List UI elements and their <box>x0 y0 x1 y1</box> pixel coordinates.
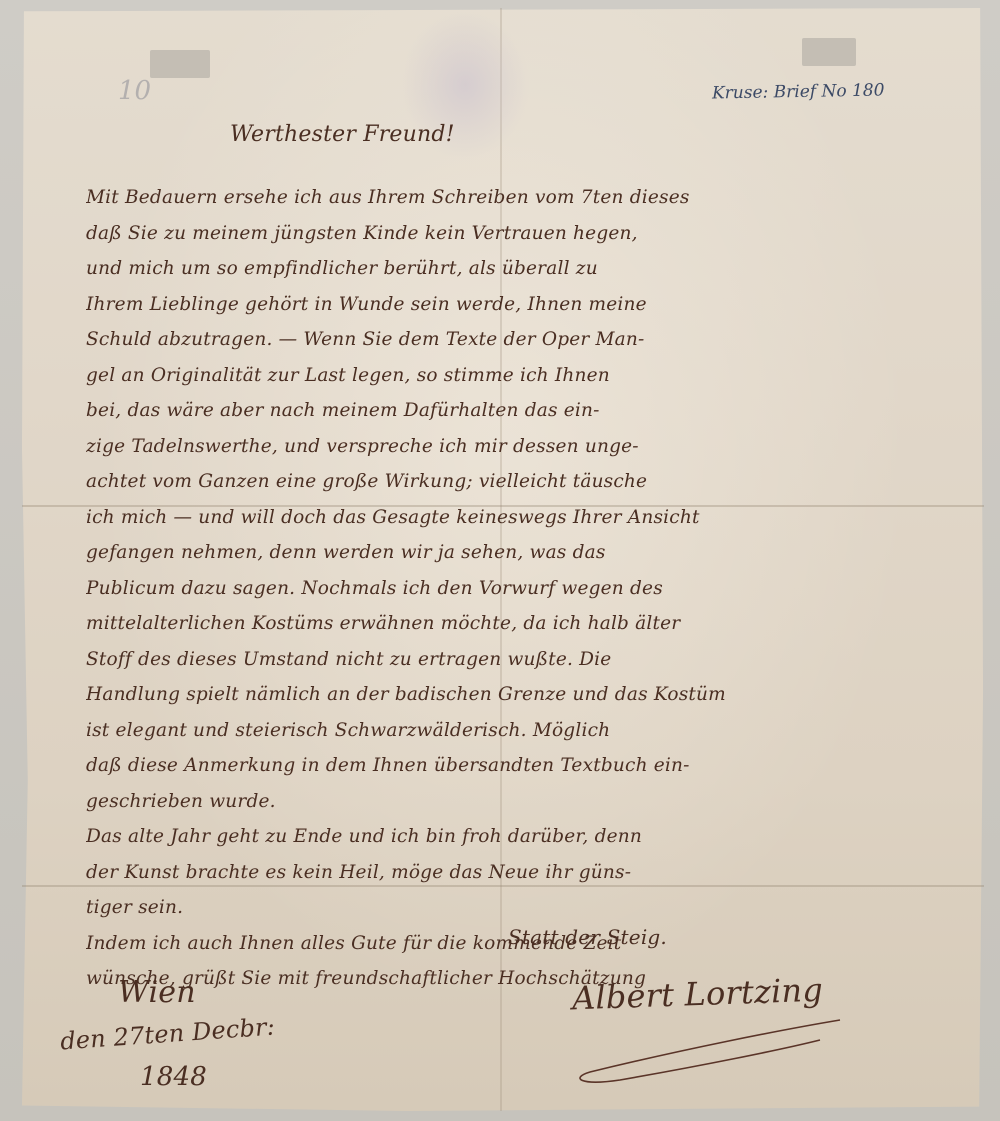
body-line: mittelalterlichen Kostüms erwähnen möcht… <box>86 606 966 642</box>
salutation: Werthester Freund! <box>230 122 455 147</box>
signature-flourish <box>560 1010 850 1090</box>
body-line: Ihrem Lieblinge gehört in Wunde sein wer… <box>86 287 966 323</box>
body-line: ist elegant und steierisch Schwarzwälder… <box>86 713 966 749</box>
body-line: Mit Bedauern ersehe ich aus Ihrem Schrei… <box>86 180 966 216</box>
body-line: und mich um so empfindlicher berührt, al… <box>86 251 966 287</box>
body-line: zige Tadelnswerthe, und verspreche ich m… <box>86 429 966 465</box>
body-line: Das alte Jahr geht zu Ende und ich bin f… <box>86 819 966 855</box>
pencil-number: 10 <box>118 76 151 106</box>
body-line: gefangen nehmen, denn werden wir ja sehe… <box>86 535 966 571</box>
body-line: daß diese Anmerkung in dem Ihnen übersan… <box>86 748 966 784</box>
body-line: der Kunst brachte es kein Heil, möge das… <box>86 855 966 891</box>
letter-body: Mit Bedauern ersehe ich aus Ihrem Schrei… <box>86 180 966 997</box>
body-line: bei, das wäre aber nach meinem Dafürhalt… <box>86 393 966 429</box>
year: 1848 <box>140 1062 207 1092</box>
archive-note: Kruse: Brief No 180 <box>712 80 885 103</box>
body-line: achtet vom Ganzen eine große Wirkung; vi… <box>86 464 966 500</box>
body-line: wünsche, grüßt Sie mit freundschaftliche… <box>86 961 966 997</box>
body-line: daß Sie zu meinem jüngsten Kinde kein Ve… <box>86 216 966 252</box>
body-line: ich mich — und will doch das Gesagte kei… <box>86 500 966 536</box>
body-line: geschrieben wurde. <box>86 784 966 820</box>
body-line: Schuld abzutragen. — Wenn Sie dem Texte … <box>86 322 966 358</box>
body-line: gel an Originalität zur Last legen, so s… <box>86 358 966 394</box>
body-line: Stoff des dieses Umstand nicht zu ertrag… <box>86 642 966 678</box>
closing-line: Statt der Steig. <box>508 925 667 949</box>
body-line: tiger sein. <box>86 890 966 926</box>
tape-mark <box>150 50 210 78</box>
body-line: Publicum dazu sagen. Nochmals ich den Vo… <box>86 571 966 607</box>
body-line: Handlung spielt nämlich an der badischen… <box>86 677 966 713</box>
place: Wien <box>118 975 196 1010</box>
tape-mark <box>802 38 856 66</box>
